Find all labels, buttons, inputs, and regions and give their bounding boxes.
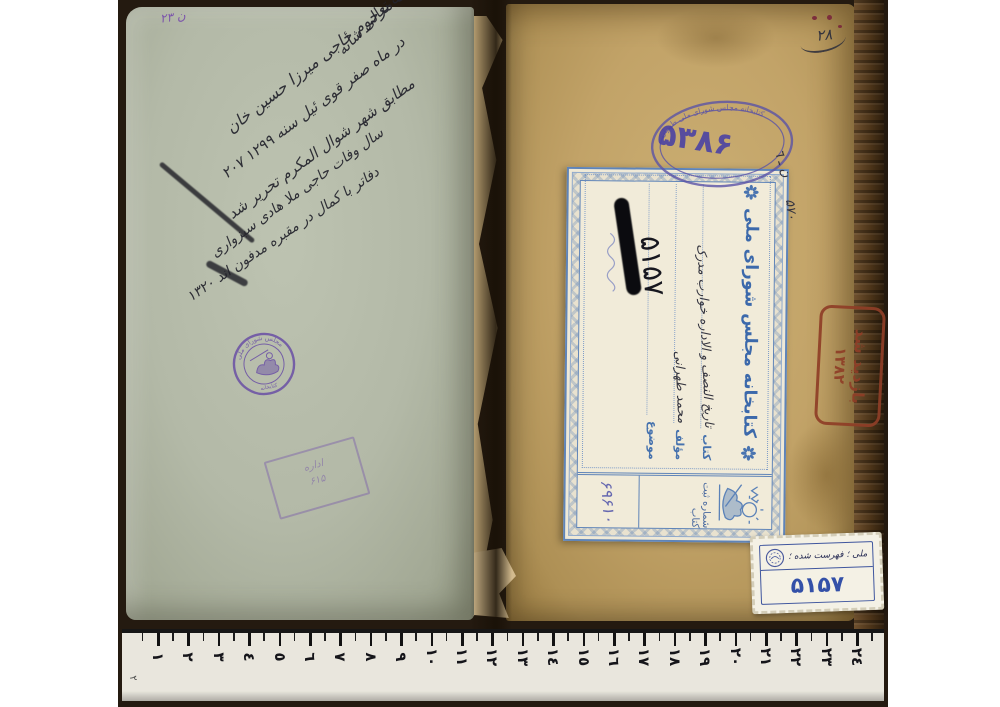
inspection-stamp-text: بازدید شد [847, 328, 871, 404]
ruler-tick-minor [689, 633, 691, 641]
rosette-icon [741, 446, 756, 461]
ruler-number: ١٥ [575, 647, 593, 667]
ruler-tick-minor [628, 633, 630, 641]
registration-number: ۶۹۶۱۰ [576, 473, 641, 530]
ruler-edge-mark: ٢ [127, 675, 139, 682]
ruler-tick-minor [507, 633, 509, 641]
ruler-tick-minor [811, 633, 813, 641]
photo-area: ن ۲۳ هو الباقی تعالی شأنه تاریخ وفات مرح… [118, 0, 888, 707]
ruler-tick-major [370, 633, 373, 646]
ruler-tick-minor [172, 633, 174, 641]
ruler-number: ٢٣ [818, 647, 836, 667]
ruler-tick-major [400, 633, 403, 646]
oval-library-stamp: کتابخانه مجلس شورای ملی طهران ۵۳۸۶ [643, 89, 801, 197]
manuscript-scan: ن ۲۳ هو الباقی تعالی شأنه تاریخ وفات مرح… [0, 0, 1000, 707]
ruler-number: ١٤ [544, 647, 562, 667]
ruler-number: ١ [149, 647, 167, 667]
ruler-number: ١٧ [635, 647, 653, 667]
ruler-tick-major [704, 633, 707, 646]
ruler-tick-major [826, 633, 829, 646]
ruler-number: ١٢ [483, 647, 501, 667]
ruler-tick-major [248, 633, 251, 646]
ruler-tick-minor [142, 633, 144, 641]
ruler-number: ١٩ [696, 647, 714, 667]
field-label: کتاب [700, 434, 713, 460]
ruler-number: ٧ [331, 647, 349, 667]
ruler-tick-minor [598, 633, 600, 641]
library-bookplate: شماره ثبت کتاب ۶۹۶۱۰ کتابخانه مجلس شورای… [563, 167, 789, 543]
ruler-tick-minor [659, 633, 661, 641]
field-label: مؤلف [673, 429, 686, 460]
ruler-tick-major [309, 633, 312, 646]
ruler-number: ٢٢ [787, 647, 805, 667]
ruler-tick-major [583, 633, 586, 646]
field-row-book: کتاب تاریخ النصف و الاداره خوارب مدرک [700, 185, 730, 461]
ruler-tick-major [735, 633, 738, 646]
ruler-tick-major [643, 633, 646, 646]
ruler-number: ٢٠ [727, 647, 745, 667]
ruler-tick-minor [203, 633, 205, 641]
ruler-number: ٢١ [757, 647, 775, 667]
ruler-number: ٨ [362, 647, 380, 667]
ruler-number: ٣ [210, 647, 228, 667]
ink-dot [812, 16, 817, 20]
ruler-tick-major [795, 633, 798, 646]
ruler: ٢ ١٢٣٤٥٦٧٨٩١٠١١١٢١٣١٤١٥١٦١٧١٨١٩٢٠٢١٢٢٢٣٢… [122, 629, 884, 701]
ruler-tick-minor [415, 633, 417, 641]
lion-and-sun-emblem [249, 348, 280, 377]
ruler-number: ١٦ [605, 647, 623, 667]
ruler-tick-minor [537, 633, 539, 641]
ink-dot [827, 15, 832, 20]
ruler-shadow [122, 691, 884, 701]
ruler-number: ٤ [240, 647, 258, 667]
catalog-sticker: ملی ؛ فهرست شده ؛ ۵۱۵۷ [750, 532, 885, 615]
field-row-author: مؤلف محمد طهرانی [673, 184, 703, 460]
inspection-stamp: بازدید شد ۱۳۸۲ [814, 304, 886, 427]
ruler-tick-major [187, 633, 190, 646]
mini-seal-icon [765, 548, 785, 568]
ruler-tick-minor [780, 633, 782, 641]
ruler-tick-minor [476, 633, 478, 641]
stain [656, 8, 776, 68]
ruler-number: ٥ [271, 647, 289, 667]
ruler-tick-minor [324, 633, 326, 641]
ruler-tick-major [339, 633, 342, 646]
ruler-number: ١٠ [423, 647, 441, 667]
library-title: کتابخانه مجلس شورای ملی [739, 208, 761, 438]
ruler-tick-minor [263, 633, 265, 641]
ruler-tick-minor [355, 633, 357, 641]
ruler-tick-major [674, 633, 677, 646]
ruler-tick-minor [446, 633, 448, 641]
book-gutter [470, 0, 512, 630]
round-library-stamp: مجلس شورای ملی کتابخانه [225, 325, 303, 403]
left-page-flyleaf [126, 7, 474, 620]
registration-label: شماره ثبت کتاب [689, 476, 712, 528]
ruler-tick-minor [871, 633, 873, 641]
ruler-tick-minor [841, 633, 843, 641]
registration-strip: شماره ثبت کتاب ۶۹۶۱۰ [577, 472, 772, 529]
ruler-tick-major [856, 633, 859, 646]
ruler-number: ٦ [301, 647, 319, 667]
ruler-tick-major [552, 633, 555, 646]
ruler-number: ٩ [392, 647, 410, 667]
ruler-tick-major [522, 633, 525, 646]
ruler-number: ١٣ [514, 647, 532, 667]
ruler-tick-major [491, 633, 494, 646]
ruler-tick-minor [750, 633, 752, 641]
ruler-number: ٢ [179, 647, 197, 667]
ruler-tick-major [431, 633, 434, 646]
handwritten-shelf-number: ۵۱۵۷ [601, 198, 670, 297]
ruler-tick-major [218, 633, 221, 646]
lion-and-sun-emblem [713, 476, 766, 529]
ruler-tick-minor [719, 633, 721, 641]
ruler-tick-major [613, 633, 616, 646]
bookplate-main: کتابخانه مجلس شورای ملی کتاب تاریخ النصف… [582, 174, 771, 470]
ruler-tick-minor [385, 633, 387, 641]
ruler-tick-major [765, 633, 768, 646]
field-label: موضوع [646, 421, 659, 460]
ruler-tick-major [279, 633, 282, 646]
ruler-number: ٢٤ [848, 647, 866, 667]
ruler-tick-major [157, 633, 160, 646]
ruler-tick-minor [567, 633, 569, 641]
blue-pen-squiggle [605, 232, 620, 296]
sticker-note: ملی ؛ فهرست شده ؛ [788, 549, 868, 562]
sticker-number: ۵۱۵۷ [761, 567, 874, 604]
ruler-tick-minor [233, 633, 235, 641]
ink-dot [838, 25, 842, 28]
inspection-stamp-year: ۱۳۸۲ [830, 347, 851, 385]
ruler-tick-minor [294, 633, 296, 641]
ruler-tick-major [461, 633, 464, 646]
ruler-number: ١٨ [666, 647, 684, 667]
ruler-number: ١١ [453, 647, 471, 667]
shelfmark-note: ۵۷۰ [782, 198, 799, 220]
field-value-handwritten: محمد طهرانی [672, 350, 690, 423]
